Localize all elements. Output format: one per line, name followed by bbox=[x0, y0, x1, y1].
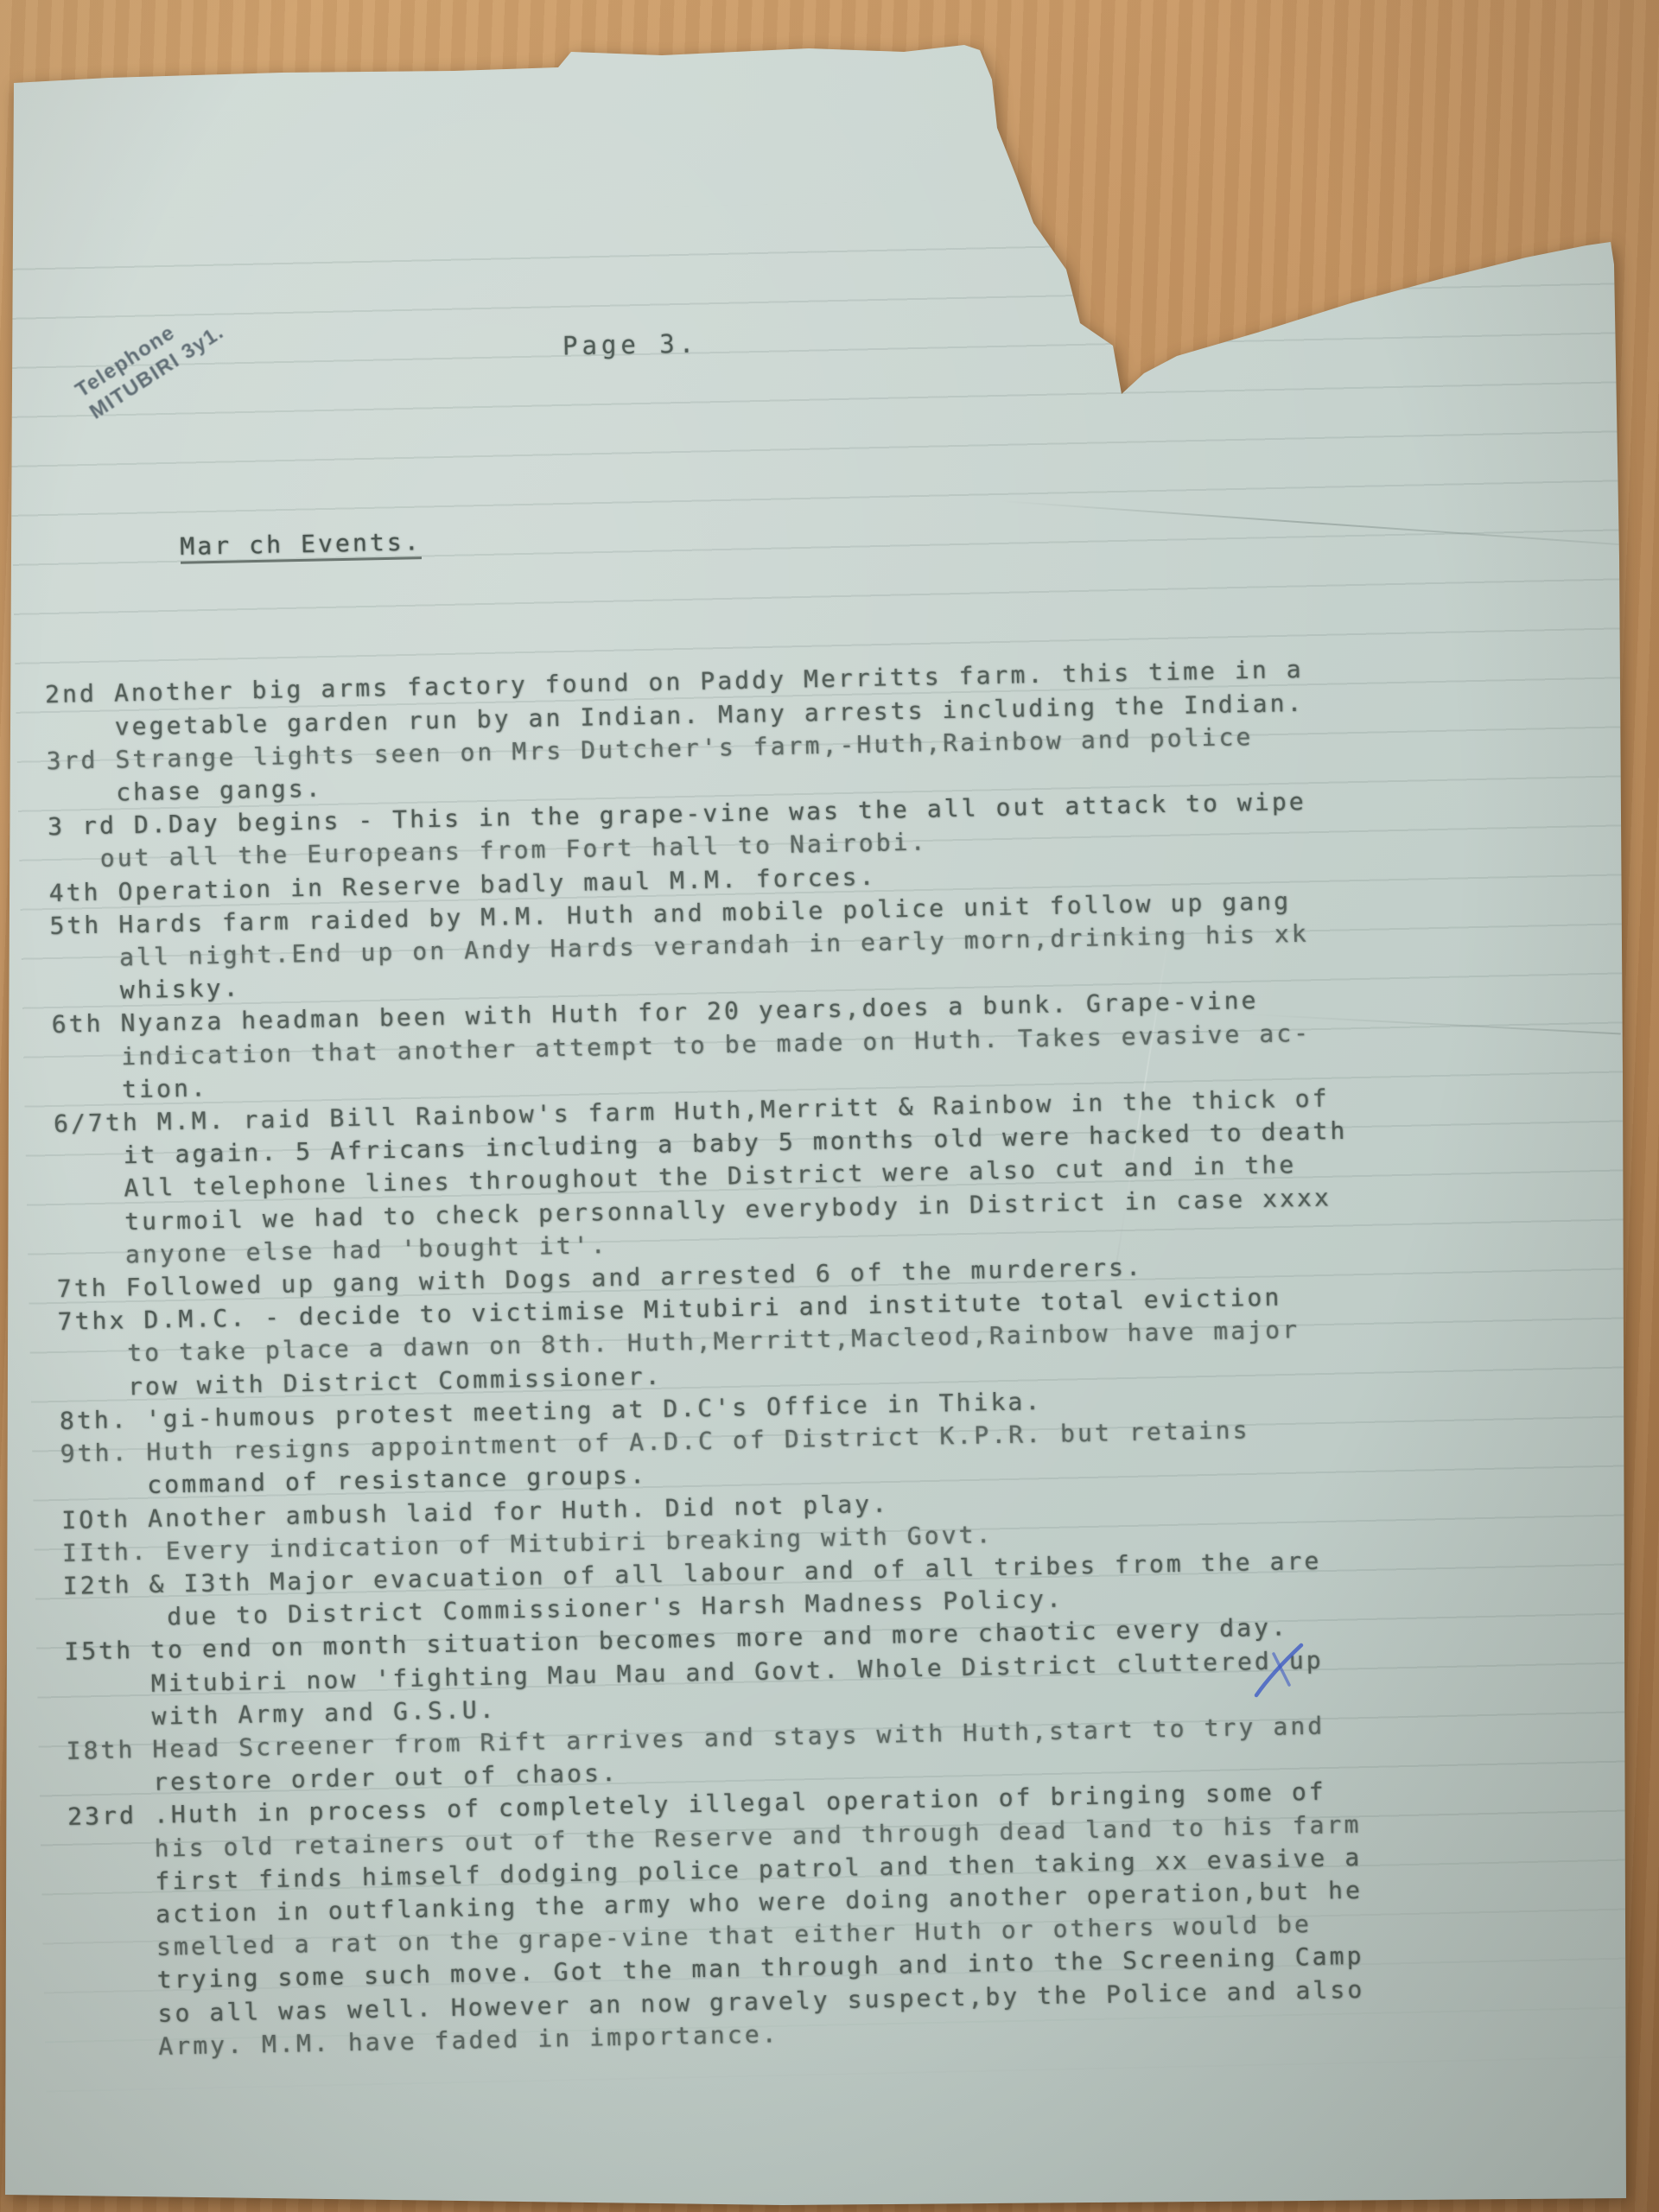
document-page: Telephone MITUBIRI 3y1. Page 3. Mar ch E… bbox=[5, 38, 1628, 2212]
typed-lines: 2nd Another big arms factory found on Pa… bbox=[45, 652, 1366, 2064]
section-heading-text: Mar ch Events. bbox=[180, 527, 422, 564]
blue-pen-mark bbox=[1249, 1638, 1312, 1706]
typed-text-block: Mar ch Events. 2nd Another big arms fact… bbox=[40, 408, 1367, 2131]
section-heading: Mar ch Events. bbox=[41, 474, 1337, 599]
paper-wrapper: Telephone MITUBIRI 3y1. Page 3. Mar ch E… bbox=[0, 0, 1659, 2212]
page-number: Page 3. bbox=[563, 329, 699, 361]
